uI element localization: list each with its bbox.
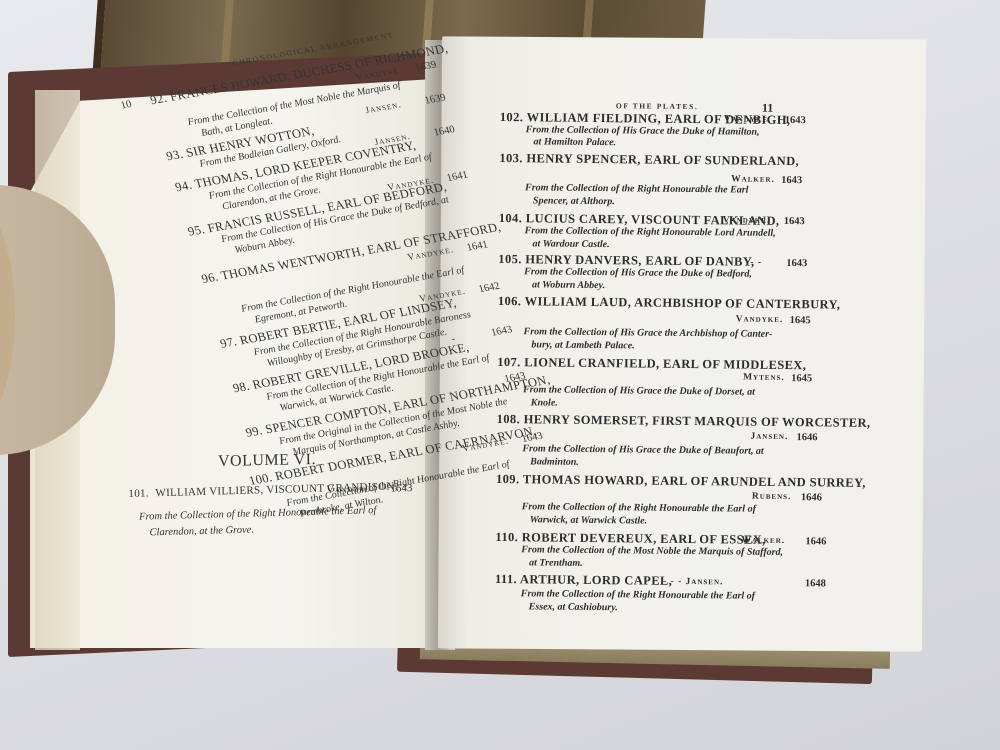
text-fragment: Rubens. (752, 492, 792, 502)
text-fragment: Warwick, at Warwick Castle. (530, 514, 648, 526)
text-fragment: WILLIAM LAUD, ARCHBISHOP OF CANTERBURY, (525, 294, 841, 311)
text-fragment: - - (750, 258, 762, 268)
text-fragment: 1640 (433, 124, 457, 138)
text-fragment: 1645 (791, 373, 812, 384)
text-fragment: 1646 (801, 492, 822, 503)
text-fragment: 107. LIONEL CRANFIELD, EARL OF MIDDLESEX… (497, 355, 806, 373)
text-fragment: From the Collection of His Grace the Duk… (523, 384, 755, 397)
text-fragment: - - - Jansen. (663, 577, 724, 588)
text-fragment: at Wardour Castle. (532, 238, 609, 250)
text-fragment: Knole. (531, 397, 558, 408)
text-fragment: 106. (498, 294, 522, 308)
text-fragment: From the Collection of the Right Honoura… (525, 225, 776, 239)
text-fragment: 1641 (466, 239, 490, 253)
text-fragment: bury, at Lambeth Palace. (531, 339, 634, 351)
entry-101: WILLIAM VILLIERS, VISCOUNT GRANDISON, 10… (128, 470, 430, 558)
text-fragment: 95. (186, 222, 206, 238)
text-fragment: 1639 (423, 92, 447, 106)
text-fragment: 110. (495, 530, 518, 544)
text-fragment: 96. (200, 270, 220, 286)
text-fragment: 1643 (390, 482, 412, 495)
text-fragment: Vandyke. (723, 215, 771, 225)
text-fragment: From the Collection of the Right Honoura… (522, 501, 756, 514)
text-fragment: 109. (496, 472, 520, 486)
text-fragment: 98. (231, 379, 251, 395)
text-fragment: Walker. (731, 174, 775, 184)
text-fragment: 104. (499, 211, 523, 225)
text-fragment: From the Collection of His Grace the Arc… (524, 326, 773, 340)
text-fragment: 94. (173, 178, 193, 194)
right-page-text: OF THE PLATES. 11 102. WILLIAM FIELDING,… (495, 100, 860, 584)
text-fragment: LIONEL CRANFIELD, EARL OF MIDDLESEX, (524, 355, 806, 372)
text-fragment: 103. HENRY SPENCER, EARL OF SUNDERLAND, (499, 151, 799, 169)
text-fragment: 1646 (805, 536, 826, 547)
text-fragment: at Trentham. (529, 557, 583, 569)
text-fragment: 1641 (446, 170, 470, 184)
text-fragment: Vandyke. (326, 483, 374, 495)
text-fragment: 1643 (784, 216, 805, 227)
text-fragment: From the Collection of His Grace the Duk… (522, 443, 763, 457)
text-fragment: THOMAS HOWARD, EARL OF ARUNDEL AND SURRE… (523, 472, 866, 490)
text-fragment: at Hamilton Palace. (534, 136, 617, 148)
text-fragment: Spencer, at Althorp. (533, 195, 615, 207)
page-number-left: 10 (120, 99, 133, 111)
text-fragment: Badminton. (530, 456, 579, 468)
text-fragment: From the Collection of the Most Noble th… (521, 544, 783, 558)
text-fragment: 99. (244, 423, 264, 439)
text-fragment: Jansen. (750, 432, 788, 442)
text-fragment: Mytens. (743, 373, 785, 383)
text-fragment: Clarendon, at the Grove. (149, 525, 254, 539)
text-fragment: 1645 (790, 315, 811, 326)
text-fragment: Jansen. (364, 100, 403, 116)
text-fragment: 1639 (414, 60, 438, 74)
text-fragment: Vandyke. (724, 114, 772, 124)
text-fragment: HENRY SPENCER, EARL OF SUNDERLAND, (526, 151, 799, 168)
text-fragment: 106. WILLIAM LAUD, ARCHBISHOP OF CANTERB… (498, 294, 841, 313)
text-fragment: 1646 (796, 432, 817, 443)
text-fragment: 102. (500, 110, 524, 124)
text-fragment: Vandyke. (736, 314, 784, 324)
text-fragment: 111. (495, 572, 517, 586)
text-fragment: 92. (149, 91, 169, 107)
text-fragment: 97. (218, 334, 238, 350)
text-fragment: 1643 (781, 175, 802, 186)
text-fragment: 1643 (786, 258, 807, 269)
running-head-right: OF THE PLATES. (616, 101, 699, 111)
text-fragment: ARTHUR, LORD CAPEL, (520, 572, 672, 588)
text-fragment: From the Collection of His Grace the Duk… (524, 266, 752, 279)
text-fragment: 108. HENRY SOMERSET, FIRST MARQUIS OF WO… (497, 412, 871, 431)
text-fragment: at Woburn Abbey. (532, 279, 605, 291)
text-fragment: 1648 (805, 578, 826, 589)
text-fragment: HENRY SOMERSET, FIRST MARQUIS OF WORCEST… (524, 412, 871, 430)
text-fragment: 108. (497, 412, 521, 426)
text-fragment: From the Collection of the Right Honoura… (139, 505, 377, 523)
text-fragment: 93. (165, 147, 185, 163)
text-fragment: 103. (499, 151, 523, 165)
text-fragment: 109. THOMAS HOWARD, EARL OF ARUNDEL AND … (496, 472, 866, 491)
text-fragment: 107. (497, 355, 521, 369)
text-fragment: Essex, at Cashiobury. (529, 601, 618, 613)
text-fragment: 111. ARTHUR, LORD CAPEL, (495, 572, 672, 589)
volume-heading: VOLUME VI. (218, 451, 316, 471)
text-fragment: From the Collection of the Right Honoura… (525, 182, 748, 195)
text-fragment: Walker. (741, 536, 785, 546)
text-fragment: 101. (128, 487, 149, 500)
text-fragment: 1643 (785, 115, 806, 126)
text-fragment: 105. (498, 252, 522, 266)
